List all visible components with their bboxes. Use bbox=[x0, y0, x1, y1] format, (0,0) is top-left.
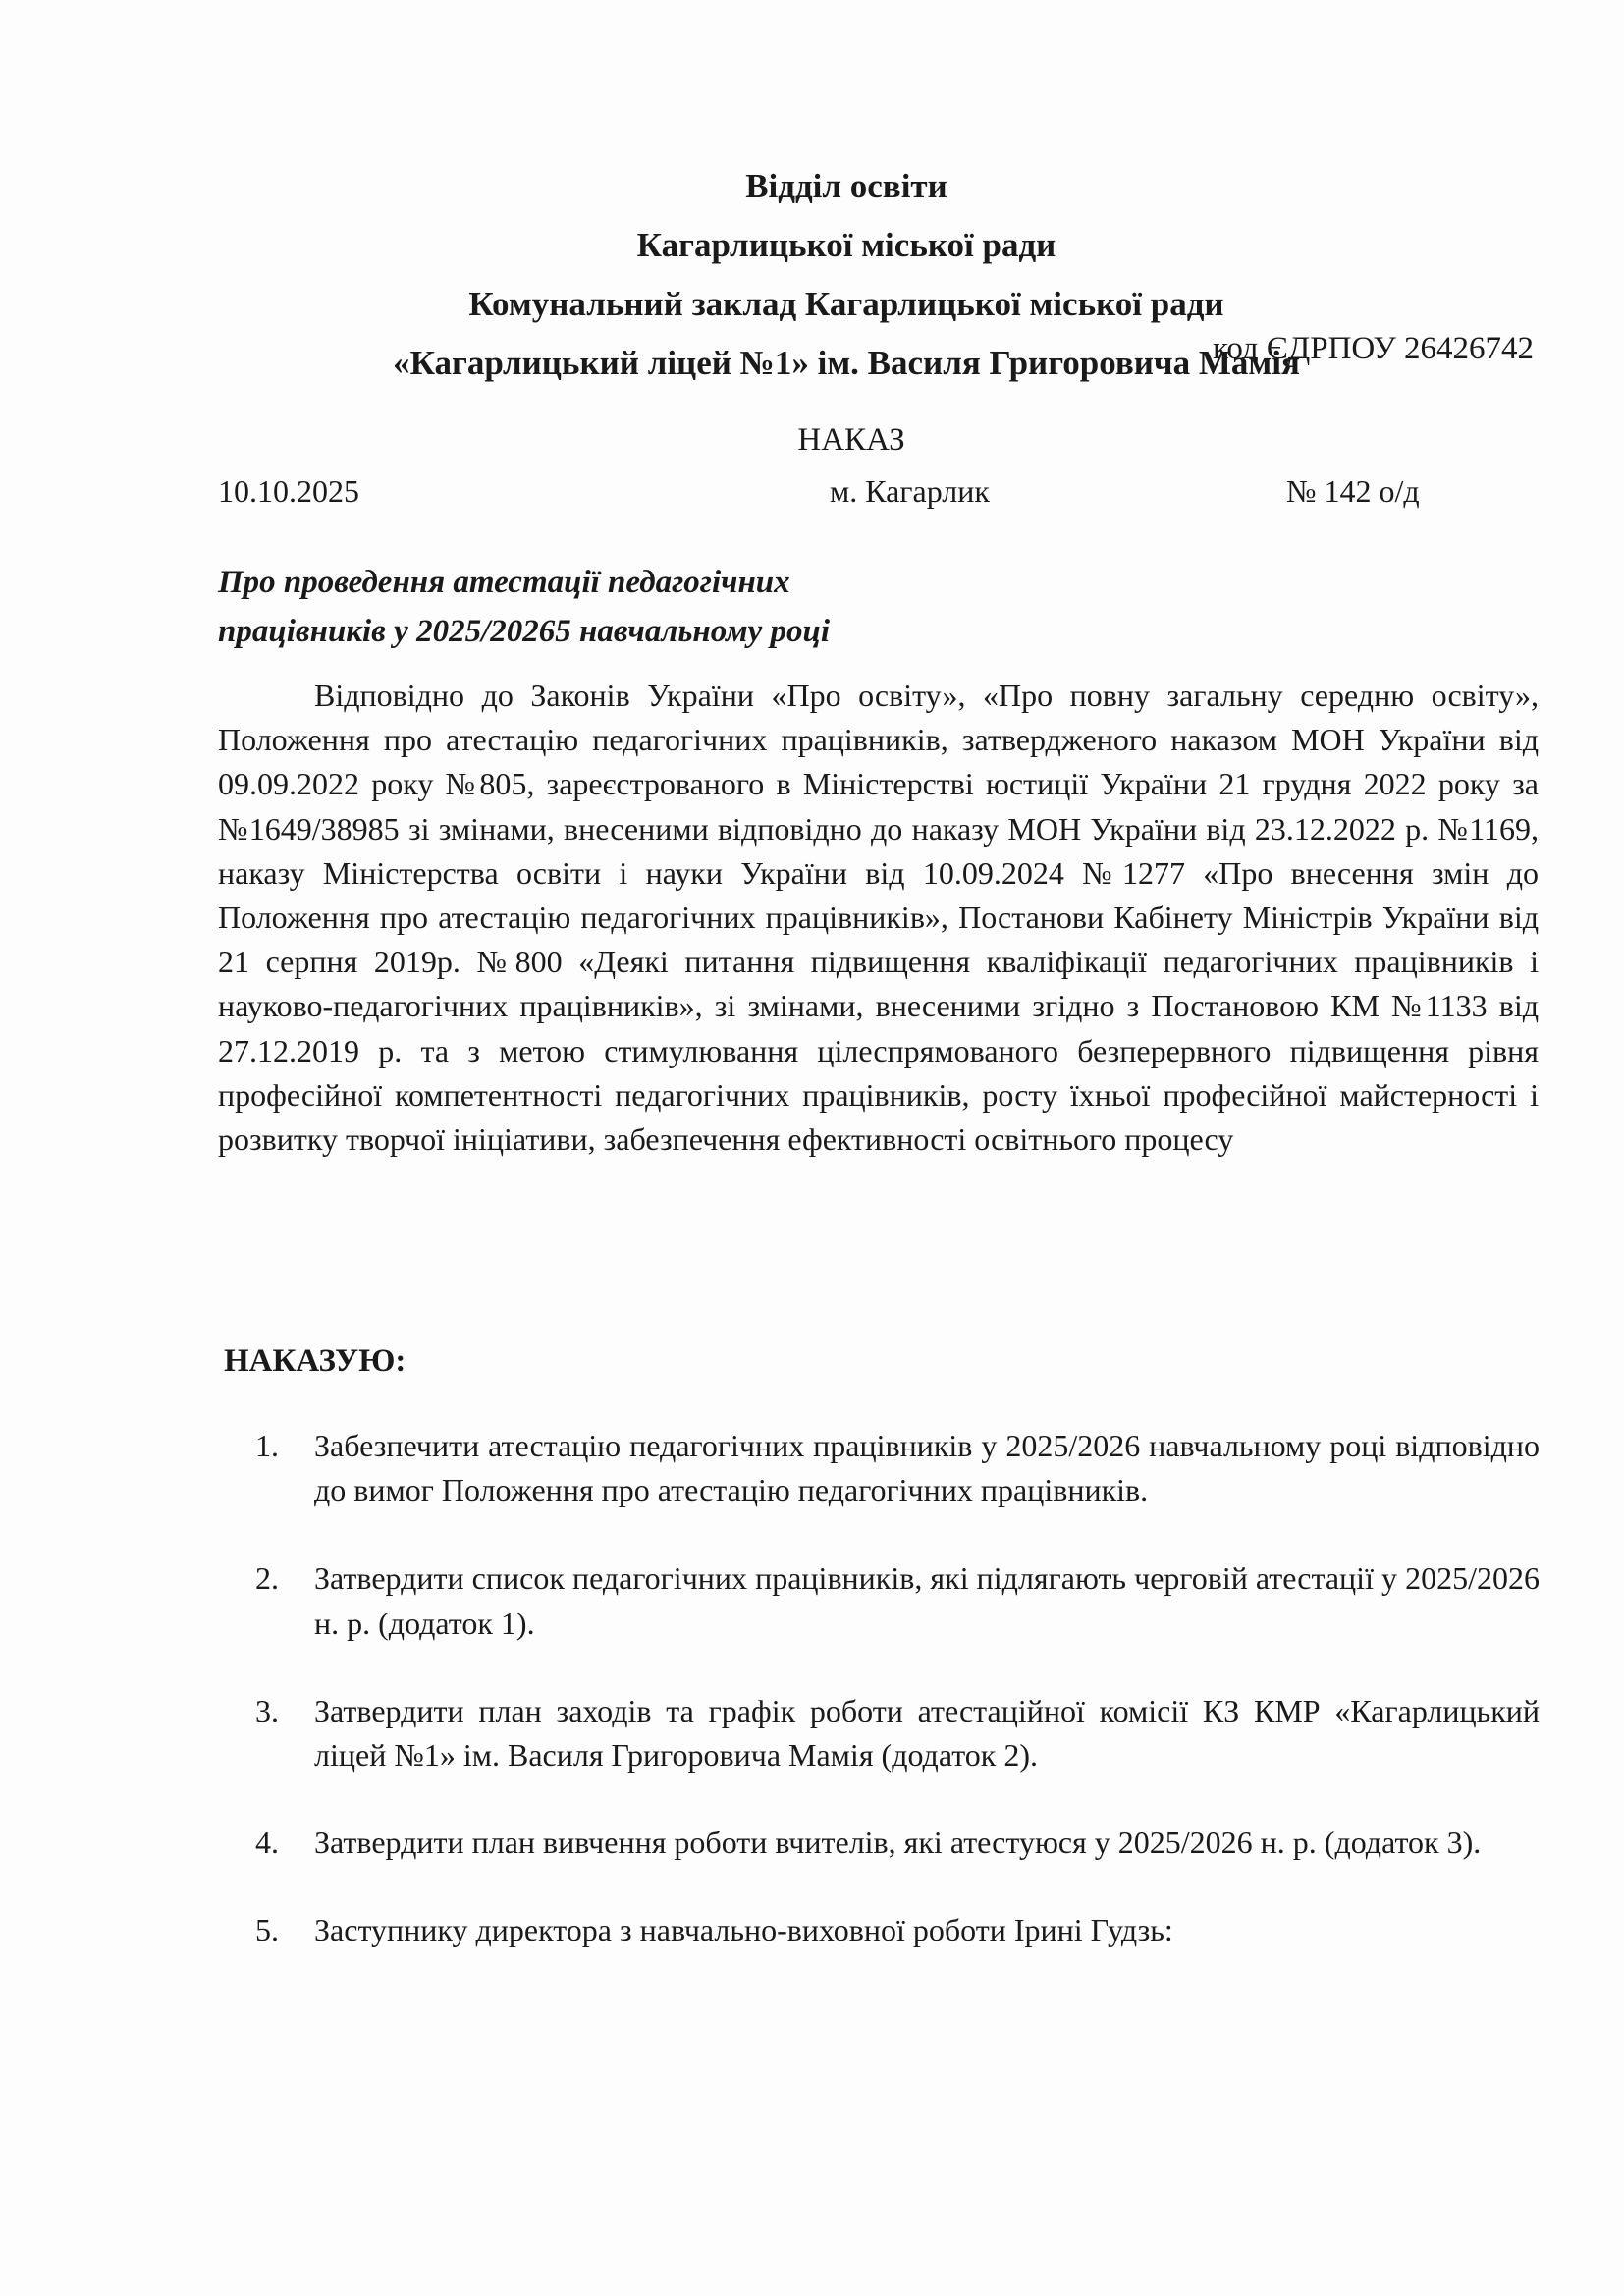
item-number: 4. bbox=[255, 1821, 279, 1865]
preamble-paragraph: Відповідно до Законів України «Про освіт… bbox=[218, 674, 1539, 1162]
item-text: Затвердити список педагогічних працівник… bbox=[314, 1560, 1540, 1640]
item-number: 5. bbox=[255, 1908, 279, 1952]
item-number: 2. bbox=[255, 1557, 279, 1601]
item-text: Заступнику директора з навчально-виховно… bbox=[314, 1912, 1173, 1947]
item-text: Затвердити план вивчення роботи вчителів… bbox=[314, 1825, 1481, 1860]
item-number: 1. bbox=[255, 1424, 279, 1468]
list-item: 5. Заступнику директора з навчально-вихо… bbox=[255, 1908, 1540, 1952]
order-date: 10.10.2025 bbox=[218, 471, 359, 511]
order-heading: НАКАЗУЮ: bbox=[224, 1343, 406, 1380]
list-item: 1. Забезпечити атестацію педагогічних пр… bbox=[255, 1424, 1540, 1512]
subject-line-2: працівників у 2025/20265 навчальному роц… bbox=[218, 607, 830, 656]
item-number: 3. bbox=[255, 1689, 279, 1733]
order-city: м. Кагарлик bbox=[830, 471, 990, 511]
item-text: Затвердити план заходів та графік роботи… bbox=[314, 1693, 1540, 1773]
list-item: 4. Затвердити план вивчення роботи вчите… bbox=[255, 1821, 1540, 1865]
order-items-list: 1. Забезпечити атестацію педагогічних пр… bbox=[255, 1424, 1540, 1953]
item-text: Забезпечити атестацію педагогічних праці… bbox=[314, 1428, 1540, 1507]
order-number: № 142 о/д bbox=[1286, 471, 1420, 511]
department-name: Відділ освіти bbox=[0, 157, 1624, 216]
document-page: Відділ освіти Кагарлицької міської ради … bbox=[0, 0, 1624, 2296]
order-title: НАКАЗ bbox=[0, 422, 1624, 459]
edrpou-code: код ЄДРПОУ 26426742 bbox=[1213, 329, 1534, 368]
order-subject: Про проведення атестації педагогічних пр… bbox=[218, 558, 830, 656]
list-item: 2. Затвердити список педагогічних праців… bbox=[255, 1557, 1540, 1645]
list-item: 3. Затвердити план заходів та графік роб… bbox=[255, 1689, 1540, 1777]
subject-line-1: Про проведення атестації педагогічних bbox=[218, 558, 830, 607]
council-name: Кагарлицької міської ради bbox=[0, 216, 1624, 275]
institution-type: Комунальний заклад Кагарлицької міської … bbox=[0, 275, 1624, 334]
